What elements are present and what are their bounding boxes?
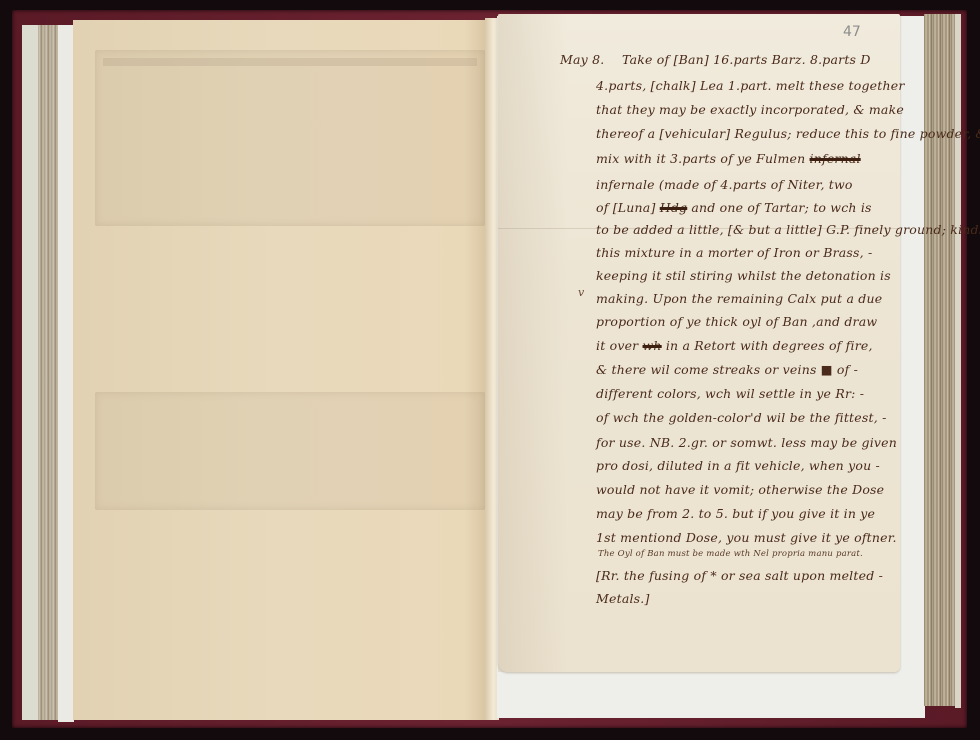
manuscript-line: keeping it stil stiring whilst the deton… xyxy=(596,268,891,283)
left-page-edges xyxy=(38,25,58,720)
manuscript-line: may be from 2. to 5. but if you give it … xyxy=(596,506,875,521)
manuscript-line: infernale (made of 4.parts of Niter, two xyxy=(596,177,853,192)
interlinear-note: The Oyl of Ban must be made wth Nel prop… xyxy=(598,549,863,559)
right-page-edges xyxy=(924,14,958,706)
struck-text: Hdg xyxy=(660,200,688,215)
manuscript-line: proportion of ye thick oyl of Ban ,and d… xyxy=(596,314,877,329)
show-through-text-block xyxy=(95,50,485,226)
manuscript-line: to be added a little, [& but a little] G… xyxy=(596,222,980,237)
folio-number: 47 xyxy=(843,24,861,40)
left-guard-strip xyxy=(22,25,38,720)
manuscript-line: Metals.] xyxy=(596,591,650,606)
manuscript-line: of wch the golden-color'd wil be the fit… xyxy=(596,410,887,425)
manuscript-line: different colors, wch wil settle in ye R… xyxy=(596,386,864,401)
manuscript-line: 4.parts, [chalk] Lea 1.part. melt these … xyxy=(596,78,905,93)
left-page-verso xyxy=(73,20,485,720)
manuscript-line: for use. NB. 2.gr. or somwt. less may be… xyxy=(596,435,897,450)
struck-text: wh xyxy=(643,338,662,353)
manuscript-line: pro dosi, diluted in a fit vehicle, when… xyxy=(596,458,880,473)
leaf-shading xyxy=(498,14,568,672)
manuscript-line: 1st mentiond Dose, you must give it ye o… xyxy=(596,530,897,545)
show-through-text-block xyxy=(95,392,485,510)
margin-mark: v xyxy=(578,286,584,299)
manuscript-line: that they may be exactly incorporated, &… xyxy=(596,102,904,117)
left-guard-sheet xyxy=(58,25,74,722)
manuscript-line: it over wh in a Retort with degrees of f… xyxy=(596,338,873,353)
manuscript-line: of [Luna] Hdg and one of Tartar; to wch … xyxy=(596,200,872,215)
right-guard-strip xyxy=(955,14,961,708)
entry-date: May 8. xyxy=(560,52,604,67)
manuscript-line: this mixture in a morter of Iron or Bras… xyxy=(596,245,872,260)
manuscript-line: making. Upon the remaining Calx put a du… xyxy=(596,291,882,306)
manuscript-line: Take of [Ban] 16.parts Barz. 8.parts D xyxy=(622,52,871,67)
struck-text: infernal xyxy=(810,151,861,166)
manuscript-line: mix with it 3.parts of ye Fulmen inferna… xyxy=(596,151,861,166)
manuscript-line: would not have it vomit; otherwise the D… xyxy=(596,482,884,497)
manuscript-line: thereof a [vehicular] Regulus; reduce th… xyxy=(596,126,980,141)
manuscript-line: [Rr. the fusing of * or sea salt upon me… xyxy=(596,568,883,583)
manuscript-line: & there wil come streaks or veins ■ of - xyxy=(596,362,858,377)
